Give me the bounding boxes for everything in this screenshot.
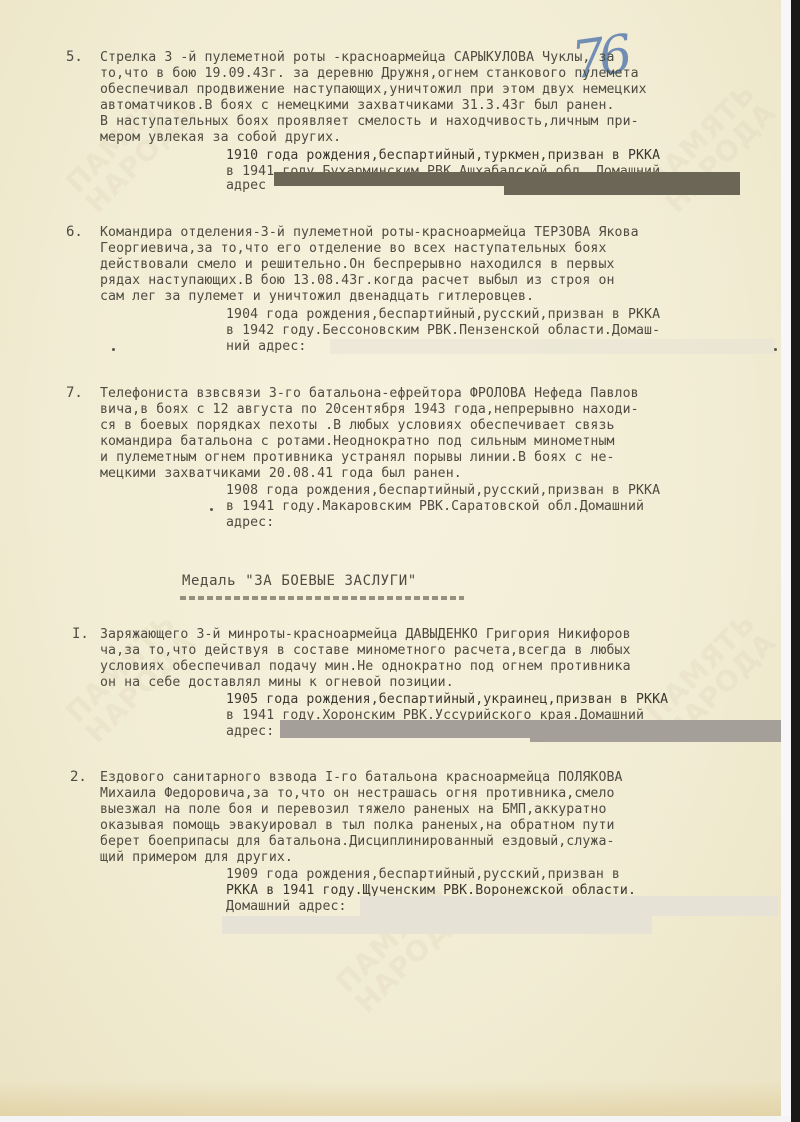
entry-text-line: Заряжающего 3-й минроты-красноармейца ДА… <box>100 627 631 643</box>
entry-text-line: командира батальона с ротами.Неоднократн… <box>100 434 615 450</box>
entry-text-line: вича,в боях с 12 августа по 20сентября 1… <box>100 402 639 418</box>
page-edge <box>781 0 791 1122</box>
typed-dot <box>112 348 115 351</box>
entry-text-line: ся в боевых порядках пехоты .В любых усл… <box>100 418 615 434</box>
bio-line: 1905 года рождения,беспартийный,украинец… <box>226 692 668 708</box>
entry-text-line: Георгиевича,за то,что его отделение во в… <box>100 241 607 257</box>
entry-text-line: оказывая помощь эвакуировал в тыл полка … <box>100 818 615 834</box>
redacted-address <box>274 172 740 186</box>
entry-number: I. <box>72 626 89 642</box>
redacted-address <box>330 339 775 354</box>
entry-text-line: рядах наступающих.В бою 13.08.43г.когда … <box>100 273 615 289</box>
entry-text-line: щий примером для других. <box>100 850 293 866</box>
entry-text-line: выезжал на поле боя и перевозил тяжело р… <box>100 802 607 818</box>
entry-text-line: Михаила Федоровича,за то,что он нестраша… <box>100 786 615 802</box>
entry-number: 2. <box>70 769 87 785</box>
entry-text-line: берет боеприпасы для батальона.Дисциплин… <box>100 834 615 850</box>
entry-text-line: Ездового санитарного взвода I-го батальо… <box>100 770 623 786</box>
entry-text-line: обеспечивал продвижение наступающих,унич… <box>100 82 647 98</box>
page-edge <box>0 1116 791 1122</box>
redacted-address <box>222 916 652 934</box>
heading-underline <box>180 596 464 600</box>
bio-line: адрес: <box>226 724 274 740</box>
entry-number: 5. <box>66 49 83 65</box>
entry-text-line: Телефониста взвсвязи 3-го батальона-ефре… <box>100 386 639 402</box>
entry-text-line: мером увлекая за собой других. <box>100 130 341 146</box>
bio-line: 1904 года рождения,беспартийный,русский,… <box>226 307 660 323</box>
entry-text-line: ча,за то,что действуя в составе минометн… <box>100 643 631 659</box>
bio-line: адрес <box>226 178 266 194</box>
redacted-address <box>280 720 784 738</box>
bio-line: 1908 года рождения,беспартийный,русский,… <box>226 483 660 499</box>
typed-dot <box>210 508 213 511</box>
bio-line: адрес: <box>226 515 274 531</box>
bio-line: ний адрес: <box>226 339 306 355</box>
entry-text-line: В наступательных боях проявляет смелость… <box>100 114 639 130</box>
entry-text-line: Командира отделения-3-й пулеметной роты-… <box>100 225 639 241</box>
bio-line: в 1942 году.Бессоновским РВК.Пензенской … <box>226 323 660 339</box>
entry-text-line: он на себе доставлял мины к огневой пози… <box>100 675 454 691</box>
bio-line: 1909 года рождения,беспартийный,русский,… <box>226 867 620 883</box>
entry-text-line: сам лег за пулемет и уничтожил двенадцат… <box>100 289 534 305</box>
entry-text-line: мецкими захватчиками 20.08.41 года был р… <box>100 466 462 482</box>
medal-heading: Медаль "ЗА БОЕВЫЕ ЗАСЛУГИ" <box>182 573 417 589</box>
entry-text-line: Стрелка 3 -й пулеметной роты -красноарме… <box>100 50 615 66</box>
bio-line: Домашний адрес: <box>226 899 347 915</box>
redacted-address <box>504 186 740 195</box>
entry-text-line: то,что в бою 19.09.43г. за деревню Дружн… <box>100 66 639 82</box>
redacted-address <box>360 896 778 916</box>
entry-text-line: условиях обеспечивал подачу мин.Не однок… <box>100 659 631 675</box>
paper-stain <box>0 1080 784 1118</box>
entry-number: 6. <box>66 224 83 240</box>
typed-dot <box>774 348 777 351</box>
redacted-address <box>530 738 784 742</box>
entry-text-line: действовали смело и решительно.Он беспре… <box>100 257 615 273</box>
entry-text-line: автоматчиков.В боях с немецкими захватчи… <box>100 98 615 114</box>
scan-background <box>791 0 800 1122</box>
bio-line: в 1941 году.Макаровским РВК.Саратовской … <box>226 499 644 515</box>
entry-text-line: и пулеметным огнем противника устранял п… <box>100 450 615 466</box>
entry-number: 7. <box>66 385 83 401</box>
bio-line: 1910 года рождения,беспартийный,туркмен,… <box>226 148 660 164</box>
